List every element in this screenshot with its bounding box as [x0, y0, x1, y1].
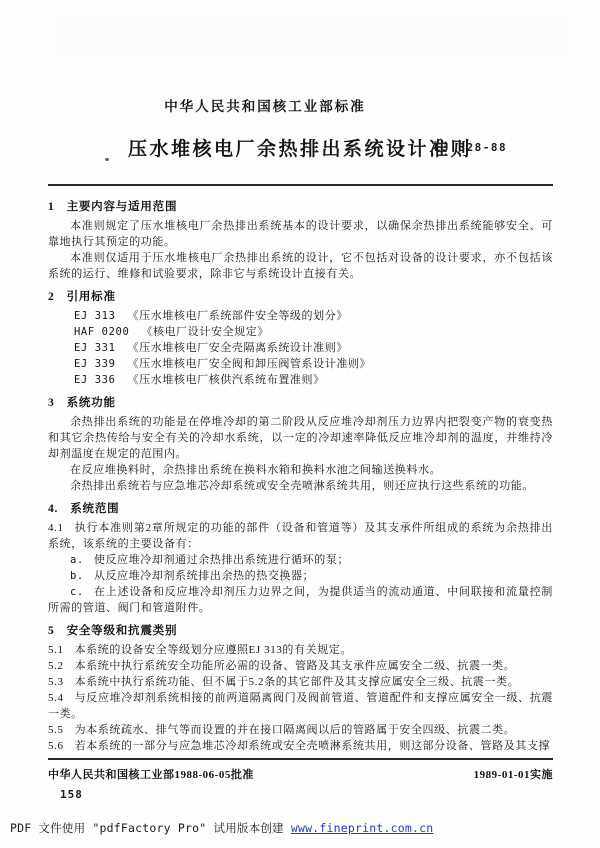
- clause-text: 若本系统的一部分与应急堆芯冷却系统或安全壳喷淋系统共用，则这部分设备、管路及其支…: [75, 740, 551, 752]
- reference-title: 《压水堆核电厂安全阀和卸压阀管系设计准则》: [128, 358, 372, 370]
- section-heading-2: 2引用标准: [48, 289, 553, 305]
- section-heading-3: 3系统功能: [48, 395, 553, 411]
- item-text: 从反应堆冷却剂系统排出余热的热交换器；: [94, 570, 314, 582]
- reference-title: 《压水堆核电厂安全壳隔离系统设计准则》: [128, 342, 348, 354]
- paragraph: 在反应堆换料时，余热排出系统在换料水箱和换料水池之间输送换料水。: [48, 462, 553, 478]
- section-title: 系统范围: [70, 503, 119, 515]
- clause-5-6: 5.6若本系统的一部分与应急堆芯冷却系统或安全壳喷淋系统共用，则这部分设备、管路…: [48, 738, 553, 754]
- clause-5-4: 5.4与反应堆冷却剂系统相接的前两道隔离阀门及阀前管道、管道配件和支撑应属安全一…: [48, 690, 553, 722]
- header-divider: [48, 184, 553, 186]
- section-title: 安全等级和抗震类别: [67, 625, 178, 637]
- paragraph: 本准则规定了压水堆核电厂余热排出系统基本的设计要求，以确保余热排出系统能够安全、…: [48, 218, 553, 250]
- item-text: 使反应堆冷却剂通过余热排出系统进行循环的泵；: [94, 554, 349, 566]
- clause-text: 为本系统疏水、排气等而设置的并在接口隔离阀以后的管路属于安全四级、抗震二类。: [75, 724, 516, 736]
- clause-number: 5.4: [48, 692, 64, 704]
- item-label: a.: [70, 554, 84, 566]
- clause-text: 本系统中执行系统功能、但不属于5.2条的其它部件及其支撑应属安全三级、抗震一类。: [75, 676, 520, 688]
- reference-code: EJ 313: [74, 310, 116, 322]
- reference-title: 《压水堆核电厂系统部件安全等级的划分》: [128, 310, 348, 322]
- clause-number: 5.1: [48, 644, 64, 656]
- footer-divider: [48, 758, 553, 760]
- section-number: 5: [48, 625, 55, 637]
- paragraph: 余热排出系统的功能是在停堆冷却的第二阶段从反应堆冷却剂压力边界内把裂变产物的衰变…: [48, 414, 553, 462]
- watermark-text: PDF 文件使用 "pdfFactory Pro" 试用版本创建: [10, 821, 291, 835]
- reference-item: EJ 336《压水堆核电厂核供汽系统布置准则》: [48, 372, 553, 388]
- paragraph: 余热排出系统若与应急堆芯冷却系统或安全壳喷淋系统共用，则还应执行这些系统的功能。: [48, 478, 553, 494]
- approval-text: 中华人民共和国核工业部1988-06-05批准: [48, 766, 254, 782]
- scan-edge-shading: [55, 18, 570, 58]
- reference-title: 《压水堆核电厂核供汽系统布置准则》: [128, 374, 325, 386]
- clause-number: 5.2: [48, 660, 64, 672]
- section-number: 4.: [48, 503, 58, 515]
- section-heading-5: 5安全等级和抗震类别: [48, 623, 553, 639]
- paragraph: 本准则仅适用于压水堆核电厂余热排出系统的设计，它不包括对设备的设计要求，亦不包括…: [48, 250, 553, 282]
- clause-5-3: 5.3本系统中执行系统功能、但不属于5.2条的其它部件及其支撑应属安全三级、抗震…: [48, 674, 553, 690]
- reference-code: EJ 339: [74, 358, 116, 370]
- list-item-a: a.使反应堆冷却剂通过余热排出系统进行循环的泵；: [48, 552, 553, 568]
- item-label: c.: [70, 586, 84, 598]
- clause-number: 5.5: [48, 724, 64, 736]
- section-heading-1: 1主要内容与适用范围: [48, 199, 553, 215]
- reference-item: EJ 313《压水堆核电厂系统部件安全等级的划分》: [48, 308, 553, 324]
- reference-item: HAF 0200《核电厂设计安全规定》: [48, 324, 553, 340]
- clause-number: 5.6: [48, 740, 64, 752]
- clause-5-1: 5.1本系统的设备安全等级划分应遵照EJ 313的有关规定。: [48, 642, 553, 658]
- section-number: 3: [48, 397, 55, 409]
- clause-text: 与反应堆冷却剂系统相接的前两道隔离阀门及阀前管道、管道配件和支撑应属安全一级、抗…: [48, 692, 553, 720]
- clause-number: 4.1: [48, 522, 64, 534]
- clause-4-1: 4.1执行本准则第2章所规定的功能的部件（设备和管道等）及其支承件所组成的系统为…: [48, 520, 553, 552]
- reference-title: 《核电厂设计安全规定》: [141, 326, 269, 338]
- page-number: 158: [60, 788, 83, 801]
- title-row: 压水堆核电厂余热排出系统设计准则 EJ 328-88: [0, 134, 600, 162]
- clause-5-5: 5.5为本系统疏水、排气等而设置的并在接口隔离阀以后的管路属于安全四级、抗震二类…: [48, 722, 553, 738]
- item-text: 在上述设备和反应堆冷却剂压力边界之间，为提供适当的流动通道、中间联接和流量控制所…: [48, 586, 553, 614]
- section-number: 1: [48, 201, 55, 213]
- reference-code: EJ 336: [74, 374, 116, 386]
- document-title: 压水堆核电厂余热排出系统设计准则: [128, 134, 472, 161]
- standard-org-line: 中华人民共和国核工业部标准: [0, 95, 530, 115]
- scan-artifact-dot: [105, 158, 109, 161]
- section-title: 引用标准: [67, 291, 116, 303]
- clause-text: 执行本准则第2章所规定的功能的部件（设备和管道等）及其支承件所组成的系统为余热排…: [48, 522, 553, 550]
- reference-item: EJ 331《压水堆核电厂安全壳隔离系统设计准则》: [48, 340, 553, 356]
- standard-number: EJ 328-88: [434, 141, 507, 154]
- pdf-trial-watermark: PDF 文件使用 "pdfFactory Pro" 试用版本创建 www.fin…: [10, 820, 600, 836]
- section-heading-4: 4.系统范围: [48, 501, 553, 517]
- list-item-b: b.从反应堆冷却剂系统排出余热的热交换器；: [48, 568, 553, 584]
- clause-text: 本系统的设备安全等级划分应遵照EJ 313的有关规定。: [75, 644, 352, 656]
- clause-text: 本系统中执行系统安全功能所必需的设备、管路及其支承件应属安全二级、抗震一类。: [75, 660, 516, 672]
- approval-footer: 中华人民共和国核工业部1988-06-05批准 1989-01-01实施: [48, 766, 553, 782]
- section-title: 系统功能: [67, 397, 116, 409]
- reference-item: EJ 339《压水堆核电厂安全阀和卸压阀管系设计准则》: [48, 356, 553, 372]
- reference-code: HAF 0200: [74, 326, 129, 338]
- reference-code: EJ 331: [74, 342, 116, 354]
- clause-number: 5.3: [48, 676, 64, 688]
- document-body: 1主要内容与适用范围 本准则规定了压水堆核电厂余热排出系统基本的设计要求，以确保…: [48, 192, 553, 754]
- clause-5-2: 5.2本系统中执行系统安全功能所必需的设备、管路及其支承件应属安全二级、抗震一类…: [48, 658, 553, 674]
- scanned-standard-page: 中华人民共和国核工业部标准 压水堆核电厂余热排出系统设计准则 EJ 328-88…: [0, 0, 600, 848]
- effective-date-text: 1989-01-01实施: [474, 766, 553, 782]
- list-item-c: c.在上述设备和反应堆冷却剂压力边界之间，为提供适当的流动通道、中间联接和流量控…: [48, 584, 553, 616]
- section-title: 主要内容与适用范围: [67, 201, 178, 213]
- fineprint-link[interactable]: www.fineprint.com.cn: [291, 821, 433, 835]
- item-label: b.: [70, 570, 84, 582]
- section-number: 2: [48, 291, 55, 303]
